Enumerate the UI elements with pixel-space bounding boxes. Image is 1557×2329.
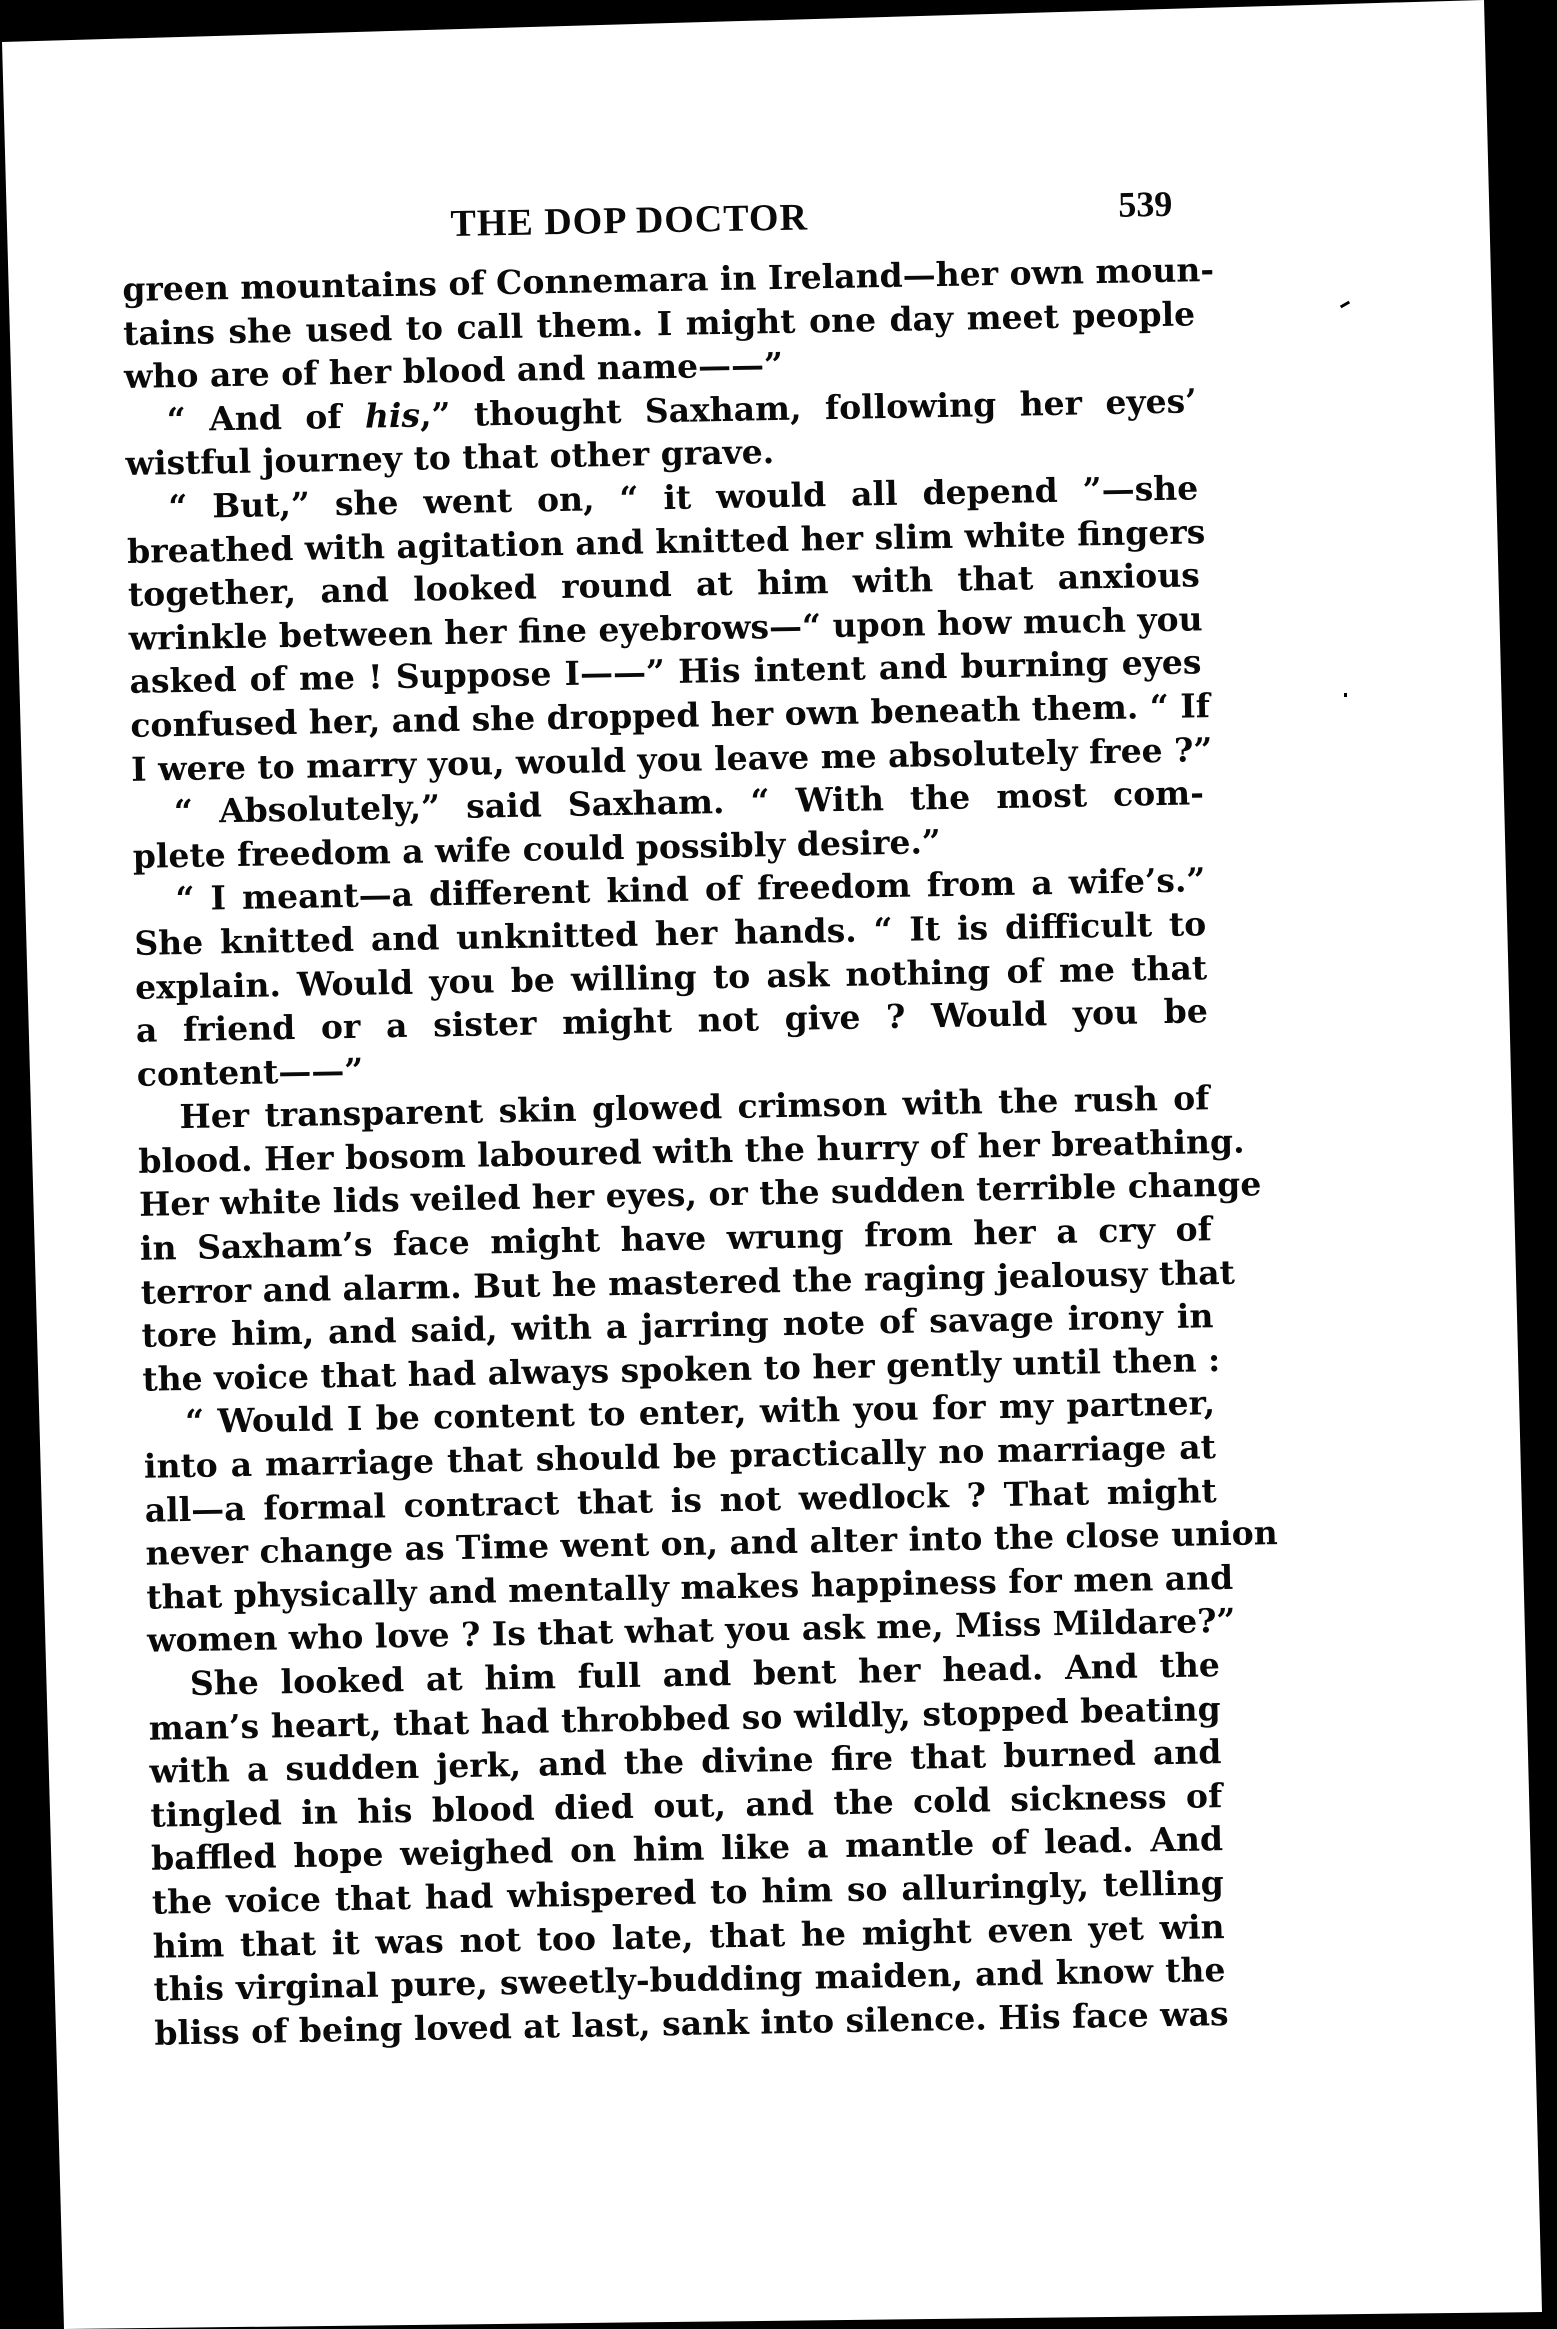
text-run: “ And of bbox=[166, 396, 365, 439]
italic-word: his bbox=[365, 395, 421, 435]
scan-speck bbox=[1340, 301, 1350, 309]
page-number: 539 bbox=[1118, 183, 1173, 226]
running-title: THE DOP DOCTOR bbox=[450, 195, 808, 246]
scanned-book-page: THE DOP DOCTOR 539 green mountains of Co… bbox=[0, 0, 1557, 2329]
scan-speck bbox=[1344, 693, 1347, 697]
running-head: THE DOP DOCTOR 539 bbox=[450, 182, 1211, 244]
body-text: green mountains of Connemara in Ireland—… bbox=[122, 248, 1227, 2055]
